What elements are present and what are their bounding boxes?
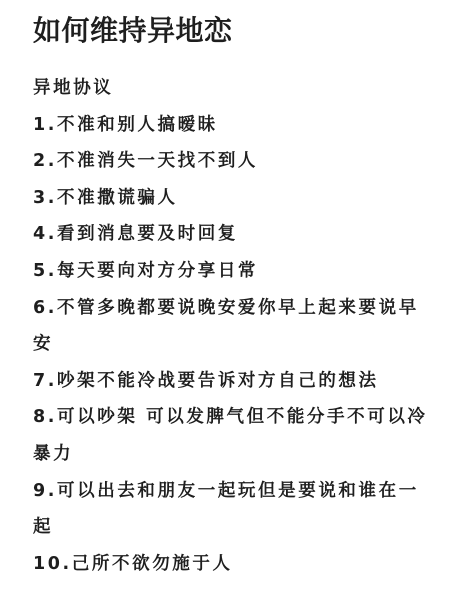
agreement-list: 异地协议 1.不准和别人搞暧昧 2.不准消失一天找不到人 3.不准撒谎骗人 4.… [33, 70, 433, 582]
list-item-rule-9-continued: 起 [33, 509, 433, 546]
list-item-rule-5: 5.每天要向对方分享日常 [33, 253, 433, 290]
page-title: 如何维持异地恋 [33, 13, 233, 49]
section-heading: 异地协议 [33, 70, 433, 107]
list-item-rule-7: 7.吵架不能冷战要告诉对方自己的想法 [33, 363, 433, 400]
list-item-rule-10: 10.己所不欲勿施于人 [33, 546, 433, 583]
list-item-rule-6: 6.不管多晚都要说晚安爱你早上起来要说早 [33, 290, 433, 327]
list-item-rule-8-continued: 暴力 [33, 436, 433, 473]
list-item-rule-9: 9.可以出去和朋友一起玩但是要说和谁在一 [33, 473, 433, 510]
list-item-rule-4: 4.看到消息要及时回复 [33, 216, 433, 253]
list-item-rule-6-continued: 安 [33, 326, 433, 363]
list-item-rule-3: 3.不准撒谎骗人 [33, 180, 433, 217]
list-item-rule-1: 1.不准和别人搞暧昧 [33, 107, 433, 144]
list-item-rule-8: 8.可以吵架 可以发脾气但不能分手不可以冷 [33, 399, 433, 436]
list-item-rule-2: 2.不准消失一天找不到人 [33, 143, 433, 180]
